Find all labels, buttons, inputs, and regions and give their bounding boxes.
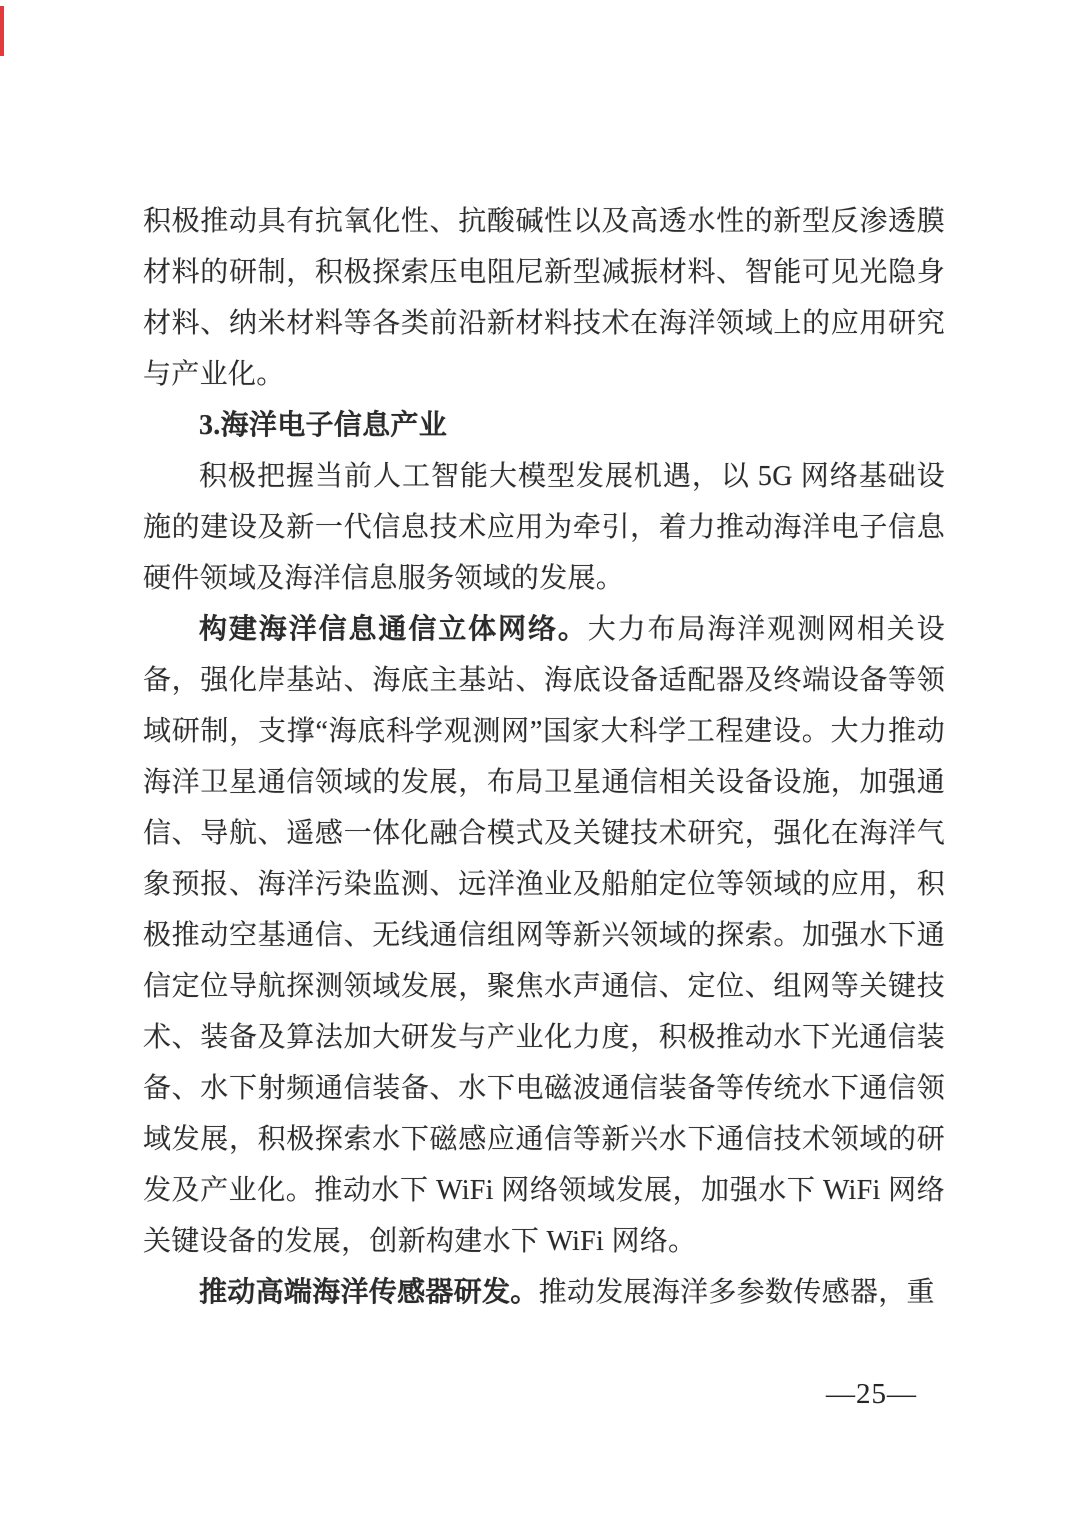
- page-number: —25—: [826, 1372, 917, 1416]
- paragraph: 推动高端海洋传感器研发。推动发展海洋多参数传感器，重: [143, 1267, 945, 1318]
- paragraph-text: 推动发展海洋多参数传感器，重: [539, 1277, 935, 1308]
- paragraph-text: 积极推动具有抗氧化性、抗酸碱性以及高透水性的新型反渗透膜材料的研制，积极探索压电…: [143, 206, 945, 390]
- page-body-text: 积极推动具有抗氧化性、抗酸碱性以及高透水性的新型反渗透膜材料的研制，积极探索压电…: [143, 196, 945, 1318]
- paragraph: 构建海洋信息通信立体网络。大力布局海洋观测网相关设备，强化岸基站、海底主基站、海…: [143, 604, 945, 1267]
- paragraph-bold-lead: 3.海洋电子信息产业: [199, 410, 447, 441]
- paragraph: 积极把握当前人工智能大模型发展机遇，以 5G 网络基础设施的建设及新一代信息技术…: [143, 451, 945, 604]
- paragraph-text: 大力布局海洋观测网相关设备，强化岸基站、海底主基站、海底设备适配器及终端设备等领…: [143, 614, 945, 1257]
- paragraph-bold-lead: 构建海洋信息通信立体网络。: [199, 614, 588, 645]
- paragraph-text: 积极把握当前人工智能大模型发展机遇，以 5G 网络基础设施的建设及新一代信息技术…: [143, 461, 945, 594]
- document-page: 积极推动具有抗氧化性、抗酸碱性以及高透水性的新型反渗透膜材料的研制，积极探索压电…: [0, 0, 1080, 1528]
- paragraph-bold-lead: 推动高端海洋传感器研发。: [199, 1277, 539, 1308]
- paragraph: 积极推动具有抗氧化性、抗酸碱性以及高透水性的新型反渗透膜材料的研制，积极探索压电…: [143, 196, 945, 400]
- section-heading: 3.海洋电子信息产业: [143, 400, 945, 451]
- scan-artifact-red-line: [0, 6, 4, 56]
